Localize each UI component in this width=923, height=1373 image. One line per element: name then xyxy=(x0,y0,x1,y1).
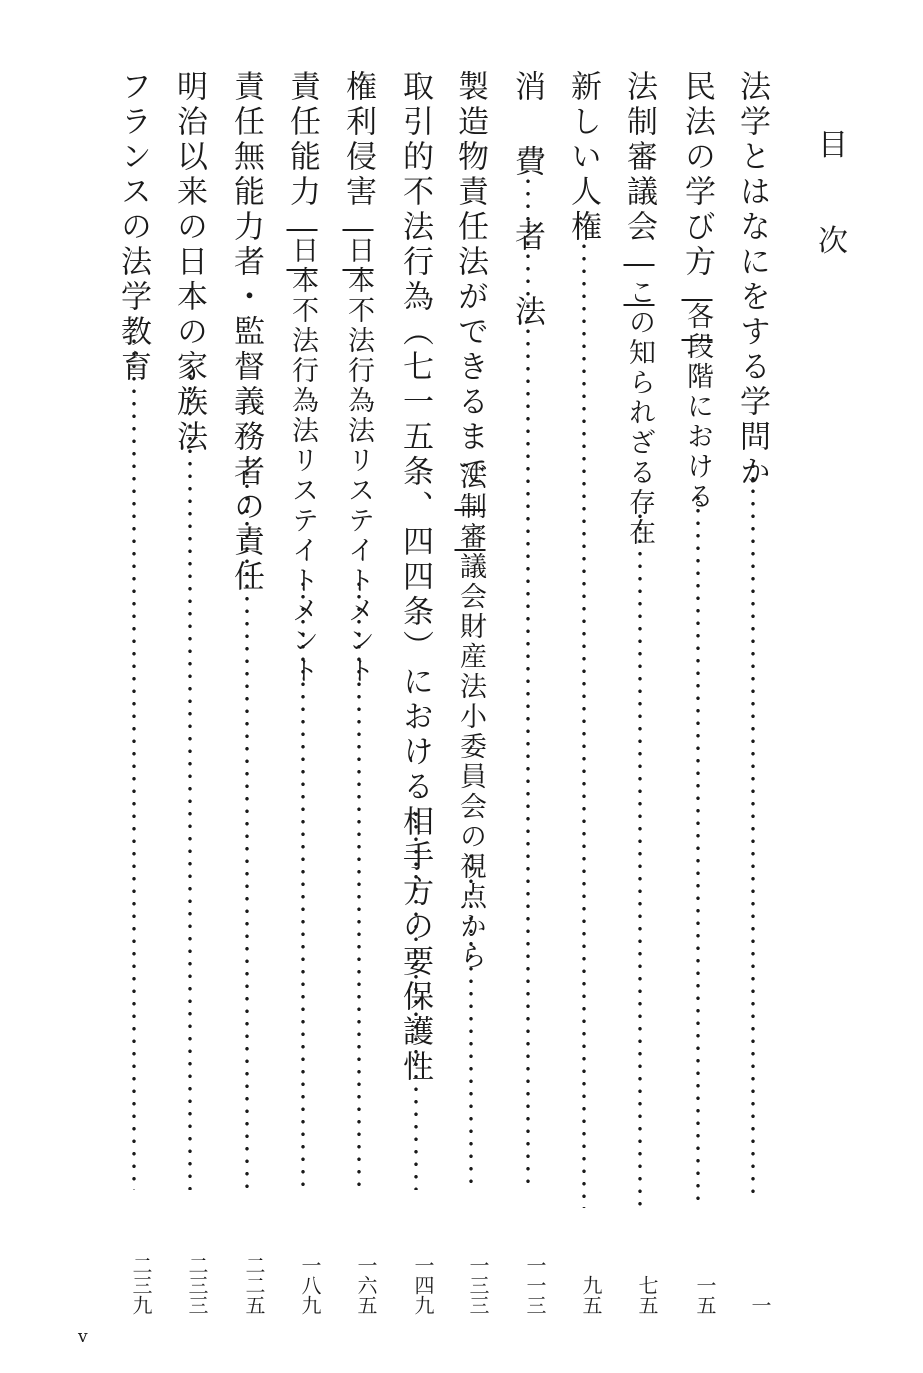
leader-dots xyxy=(526,175,530,1190)
leader-dots xyxy=(751,460,755,1200)
toc-page-number: 一八九 xyxy=(286,1255,318,1315)
leader-dots xyxy=(132,335,136,1190)
toc-page-number: 九五 xyxy=(567,1275,599,1315)
toc-entry-subtitle: この知られざる存在 xyxy=(621,278,657,548)
toc-entry-title: 新しい人権 xyxy=(563,70,603,245)
page-folio: v xyxy=(78,1327,88,1347)
toc-page-number: 二三三 xyxy=(173,1255,205,1315)
toc-entry[interactable]: 明治以来の日本の家族法二三三 xyxy=(169,70,209,1315)
toc-page-number: 一 xyxy=(736,1295,768,1315)
leader-dots xyxy=(582,240,586,1208)
toc-entry[interactable]: 責任無能力者・監督義務者の責任二二五 xyxy=(226,70,266,1315)
toc-page-number: 七五 xyxy=(623,1275,655,1315)
toc-page-number: 二二五 xyxy=(230,1255,262,1315)
toc-page-number: 一四九 xyxy=(399,1255,431,1315)
toc-entry[interactable]: 新しい人権九五 xyxy=(563,70,603,1315)
leader-dots xyxy=(638,510,642,1208)
toc-entry[interactable]: フランスの法学教育二三九 xyxy=(113,70,153,1315)
leader-dots xyxy=(414,808,418,1190)
toc-entry[interactable]: 法学とはなにをする学問か一 xyxy=(732,70,772,1315)
toc-title: 目 次 xyxy=(813,120,853,260)
toc-entry[interactable]: 取引的不法行為（七一五条、四四条）における相手方の要保護性一四九 xyxy=(395,70,435,1315)
toc-entry[interactable]: 法制審議会――この知られざる存在七五 xyxy=(619,70,659,1315)
toc-page-number: 一一三 xyxy=(511,1255,543,1315)
toc-entry[interactable]: 消 費 者 法一一三 xyxy=(507,70,547,1315)
leader-dots xyxy=(301,578,305,1190)
toc-page-number: 二三九 xyxy=(117,1255,149,1315)
toc-entry[interactable]: 民法の学び方――各段階における一五 xyxy=(677,70,717,1315)
toc-entry[interactable]: 製造物責任法ができるまで――法制審議会財産法小委員会の視点から一三三 xyxy=(450,70,490,1315)
toc-title-char-2: 次 xyxy=(813,216,853,260)
toc-entry-title: 法学とはなにをする学問か xyxy=(732,70,772,490)
toc-entry-subtitle: 各段階における xyxy=(679,302,715,512)
leader-dots xyxy=(696,492,700,1208)
leader-dots xyxy=(469,850,473,1190)
toc-entry[interactable]: 権利侵害――日本不法行為法リステイトメント一六五 xyxy=(338,70,378,1315)
toc-entry[interactable]: 責任能力――日本不法行為法リステイトメント一八九 xyxy=(282,70,322,1315)
toc-page-number: 一三三 xyxy=(454,1255,486,1315)
toc-title-char-1: 目 xyxy=(813,120,853,164)
leader-dots xyxy=(245,455,249,1190)
toc-page-number: 一六五 xyxy=(342,1255,374,1315)
toc-page-number: 一五 xyxy=(681,1275,713,1315)
leader-dots xyxy=(188,370,192,1190)
leader-dots xyxy=(357,578,361,1190)
